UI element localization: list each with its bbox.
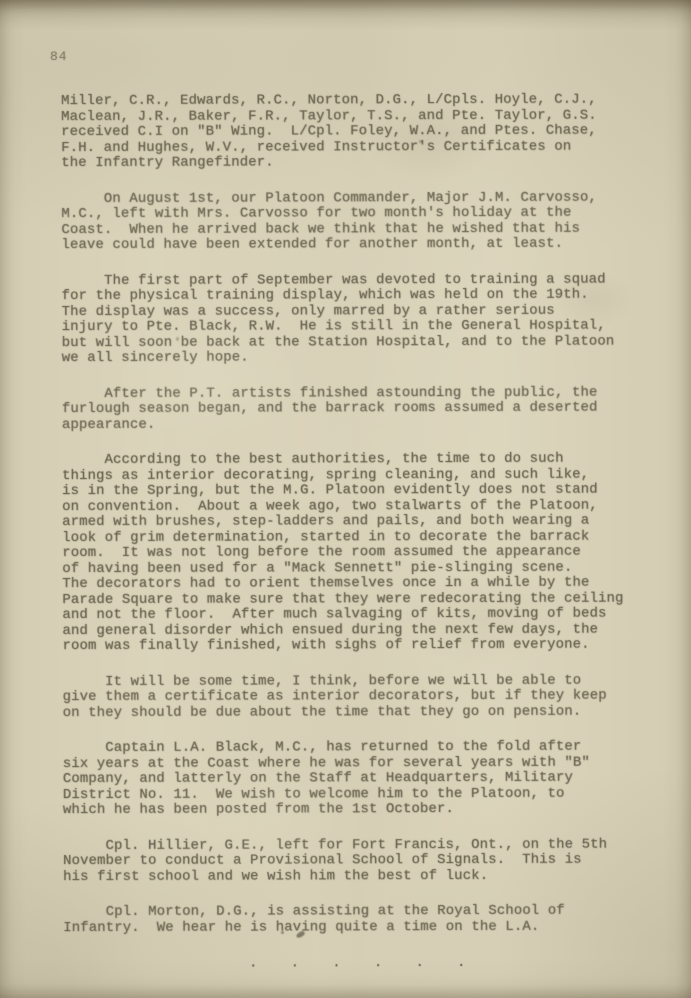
paragraph-3: The first part of September was devoted … bbox=[61, 272, 651, 367]
paragraph-9: Cpl. Morton, D.G., is assisting at the R… bbox=[63, 903, 653, 936]
paragraph-6: It will be some time, I think, before we… bbox=[63, 673, 653, 721]
paragraph-1: Miller, C.R., Edwards, R.C., Norton, D.G… bbox=[61, 92, 651, 171]
paragraph-5: According to the best authorities, the t… bbox=[62, 451, 653, 654]
paragraph-2: On August 1st, our Platoon Commander, Ma… bbox=[61, 190, 651, 254]
document-text-block: Miller, C.R., Edwards, R.C., Norton, D.G… bbox=[61, 92, 653, 972]
paragraph-4: After the P.T. artists finished astoundi… bbox=[62, 385, 652, 433]
paragraph-7: Captain L.A. Black, M.C., has returned t… bbox=[63, 739, 653, 818]
scanned-document-page: 84 Miller, C.R., Edwards, R.C., Norton, … bbox=[0, 0, 691, 998]
paragraph-8: Cpl. Hillier, G.E., left for Fort Franci… bbox=[63, 837, 653, 885]
dots-separator: . . . . . . bbox=[63, 954, 653, 972]
page-number: 84 bbox=[50, 49, 68, 64]
